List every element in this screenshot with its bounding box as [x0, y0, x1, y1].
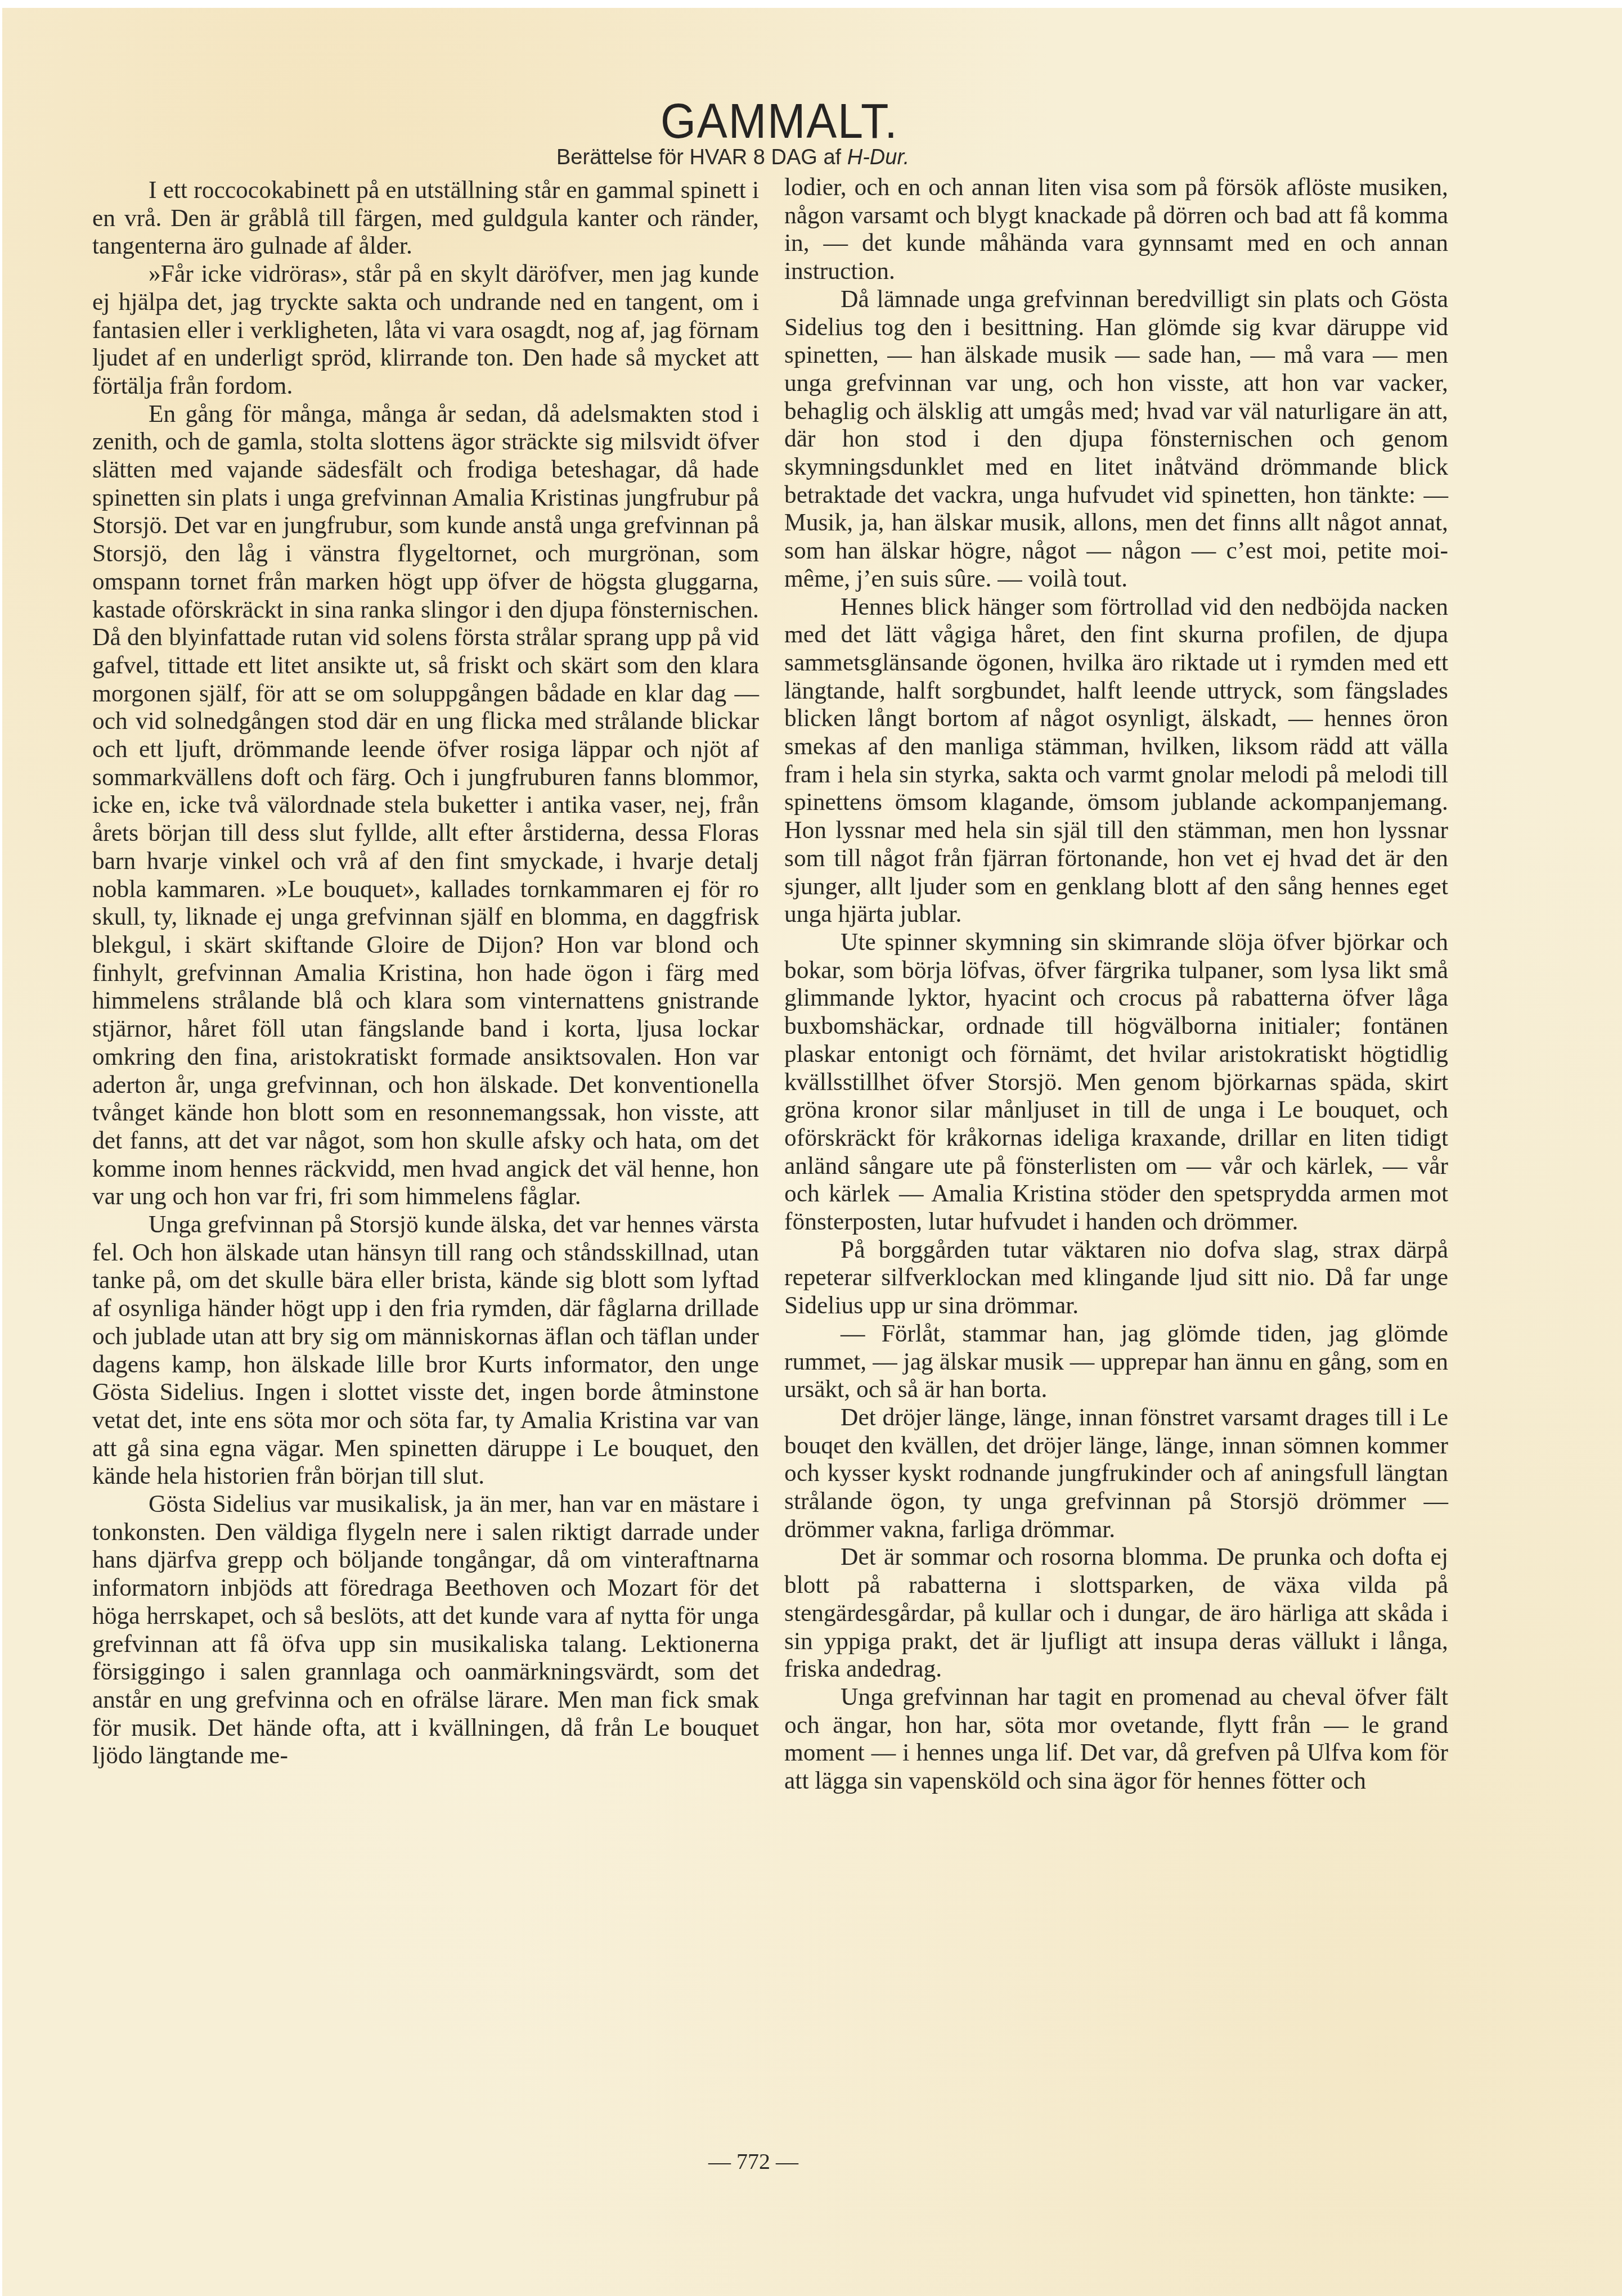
- paragraph: Hennes blick hänger som förtrollad vid d…: [784, 593, 1448, 929]
- byline-prefix: Berättelse för HVAR 8 DAG af: [556, 146, 847, 169]
- paragraph: På borggården tutar väktaren nio dofva s…: [784, 1236, 1448, 1320]
- magazine-page: GAMMALT. Berättelse för HVAR 8 DAG af H-…: [2, 8, 1622, 2296]
- article-title: GAMMALT.: [661, 92, 898, 150]
- article-byline: Berättelse för HVAR 8 DAG af H-Dur.: [556, 146, 909, 170]
- paragraph: I ett roccocokabinett på en utställning …: [92, 177, 759, 260]
- paragraph: Unga grefvinnan på Storsjö kunde älska, …: [92, 1211, 759, 1491]
- page-number: — 772 —: [708, 2148, 798, 2175]
- paragraph: Ute spinner skymning sin skimrande slöja…: [784, 929, 1448, 1236]
- paragraph: »Får icke vidröras», står på en skylt dä…: [92, 260, 759, 400]
- paragraph: Unga grefvinnan har tagit en promenad au…: [784, 1683, 1448, 1795]
- paragraph: Då lämnade unga grefvinnan beredvilligt …: [784, 286, 1448, 593]
- paragraph: Det är sommar och rosorna blomma. De pru…: [784, 1543, 1448, 1683]
- paragraph-continued: lodier, och en och annan liten visa som …: [784, 174, 1448, 286]
- paragraph: Det dröjer länge, länge, innan fönstret …: [784, 1404, 1448, 1544]
- right-column: lodier, och en och annan liten visa som …: [784, 174, 1448, 1795]
- paragraph: — Förlåt, stammar han, jag glömde tiden,…: [784, 1320, 1448, 1404]
- paragraph: En gång för många, många år sedan, då ad…: [92, 400, 759, 1211]
- left-column: I ett roccocokabinett på en utställning …: [92, 177, 759, 1770]
- author-name: H-Dur.: [847, 146, 909, 169]
- paragraph: Gösta Sidelius var musikalisk, ja än mer…: [92, 1491, 759, 1770]
